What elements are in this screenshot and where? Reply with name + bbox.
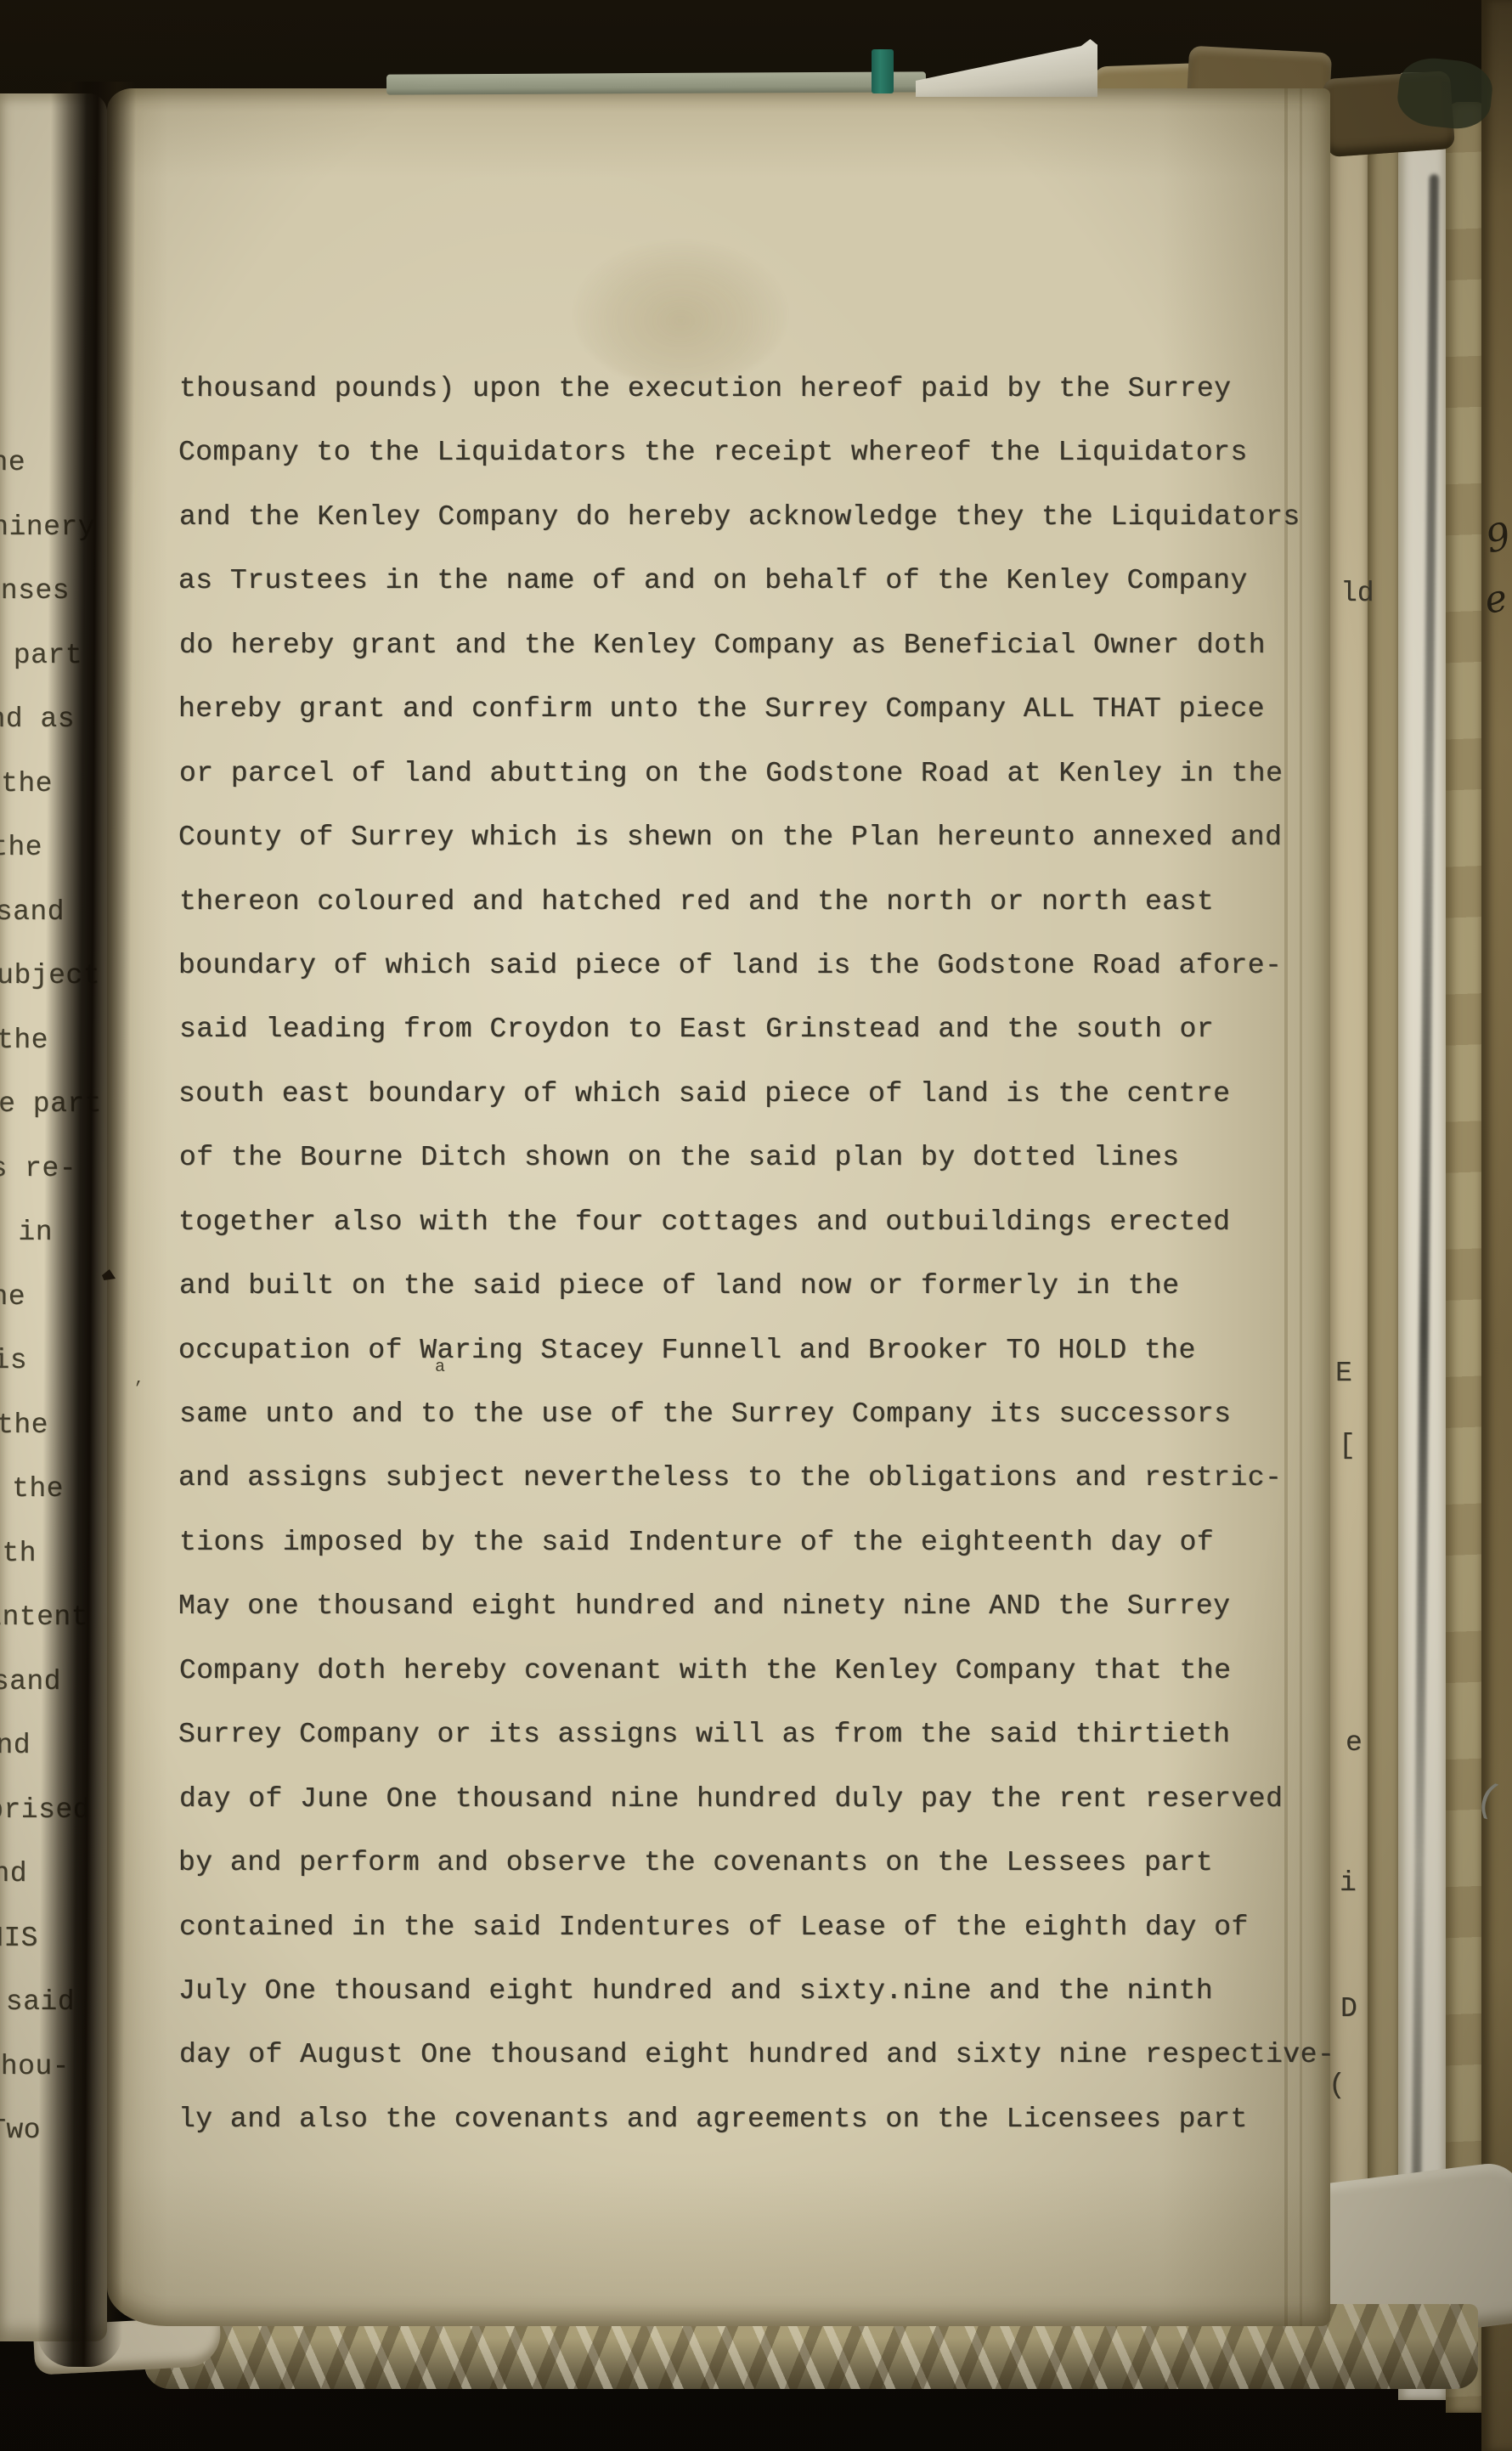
text-line: thereon coloured and hatched red and the… xyxy=(179,870,1360,934)
text-line: same unto and to the use of the Surrey C… xyxy=(179,1382,1360,1446)
text-line: tions imposed by the said Indenture of t… xyxy=(179,1511,1360,1574)
page-edge-text-fragment: ( xyxy=(1329,2071,1346,2099)
text-line: as Trustees in the name of and on behalf… xyxy=(178,549,1359,613)
text-line: Company to the Liquidators the receipt w… xyxy=(178,421,1359,484)
text-line: day of August One thousand eight hundred… xyxy=(179,2023,1360,2087)
facing-page-line-fragment: the xyxy=(0,833,42,861)
text-line: said leading from Croydon to East Grinst… xyxy=(179,997,1360,1061)
document-page: thousand pounds) upon the execution here… xyxy=(107,88,1330,2326)
green-tape-band xyxy=(872,49,894,93)
facing-page-line-fragment: is xyxy=(0,1347,27,1375)
book-gutter-shadow xyxy=(37,82,136,2368)
text-line: Surrey Company or its assigns will as fr… xyxy=(178,1703,1359,1766)
text-line: contained in the said Indentures of Leas… xyxy=(179,1895,1360,1959)
text-line: or parcel of land abutting on the Godsto… xyxy=(179,742,1360,805)
text-line: by and perform and observe the covenants… xyxy=(178,1831,1359,1895)
text-line: south east boundary of which said piece … xyxy=(178,1062,1359,1126)
page-edge-strip-3 xyxy=(1446,102,1485,2413)
text-line: do hereby grant and the Kenley Company a… xyxy=(179,613,1360,677)
text-line: Company doth hereby covenant with the Ke… xyxy=(179,1639,1360,1703)
text-line: ly and also the covenants and agreements… xyxy=(178,2087,1359,2151)
facing-page-line-fragment: nd xyxy=(0,1860,27,1888)
text-line: of the Bourne Ditch shown on the said pl… xyxy=(179,1126,1360,1189)
facing-page-line-fragment: Two xyxy=(0,2116,41,2144)
text-line: day of June One thousand nine hundred du… xyxy=(179,1767,1360,1831)
text-line: July One thousand eight hundred and sixt… xyxy=(178,1959,1359,2023)
facing-page-line-fragment: ne xyxy=(0,1283,25,1311)
page-edge-text-fragment: e xyxy=(1346,1729,1362,1757)
text-line: and the Kenley Company do hereby acknowl… xyxy=(179,485,1360,549)
text-line: together also with the four cottages and… xyxy=(178,1190,1359,1254)
facing-page-line-fragment: nth xyxy=(0,1539,37,1567)
page-edge-text-fragment: ld xyxy=(1340,579,1374,607)
facing-page-line-fragment: nd xyxy=(0,1731,31,1759)
page-edge-text-fragment: E xyxy=(1335,1359,1352,1387)
graphite-smudge-line xyxy=(1411,174,1439,2281)
page-edge-strip-4 xyxy=(1481,0,1512,2451)
text-line: thousand pounds) upon the execution here… xyxy=(179,357,1360,421)
facing-page-line-fragment: HIS xyxy=(0,1924,38,1952)
text-line: occupation of Waring Stacey Funnell and … xyxy=(178,1319,1359,1382)
page-edge-text-fragment: [ xyxy=(1339,1432,1356,1460)
text-line: May one thousand eight hundred and ninet… xyxy=(178,1574,1359,1638)
typewritten-text-block: thousand pounds) upon the execution here… xyxy=(178,357,1359,2151)
book-photograph: hechineryensese partand asthetheisandsub… xyxy=(0,0,1512,2451)
stray-type-mark: a xyxy=(435,1359,445,1376)
text-line: and assigns subject nevertheless to the … xyxy=(178,1446,1359,1510)
page-edge-strip-2 xyxy=(1368,140,1402,2349)
text-line: hereby grant and confirm unto the Surrey… xyxy=(178,677,1359,741)
facing-page-line-fragment: he xyxy=(0,449,25,477)
binding-tape-strip xyxy=(386,71,926,94)
text-line: County of Surrey which is shewn on the P… xyxy=(178,805,1359,869)
facing-page-line-fragment: the xyxy=(0,1026,48,1054)
page-edge-text-fragment: i xyxy=(1340,1869,1357,1897)
text-line: and built on the said piece of land now … xyxy=(179,1254,1360,1318)
stray-type-mark: , xyxy=(134,1371,144,1388)
facing-page-line-fragment: the xyxy=(1,770,53,798)
facing-page-line-fragment: the xyxy=(0,1411,48,1439)
page-edge-text-fragment: D xyxy=(1340,1995,1357,2023)
text-line: boundary of which said piece of land is … xyxy=(178,934,1359,997)
white-tape-roll xyxy=(916,39,1097,97)
page-edge-strip-white xyxy=(1398,72,1449,2400)
